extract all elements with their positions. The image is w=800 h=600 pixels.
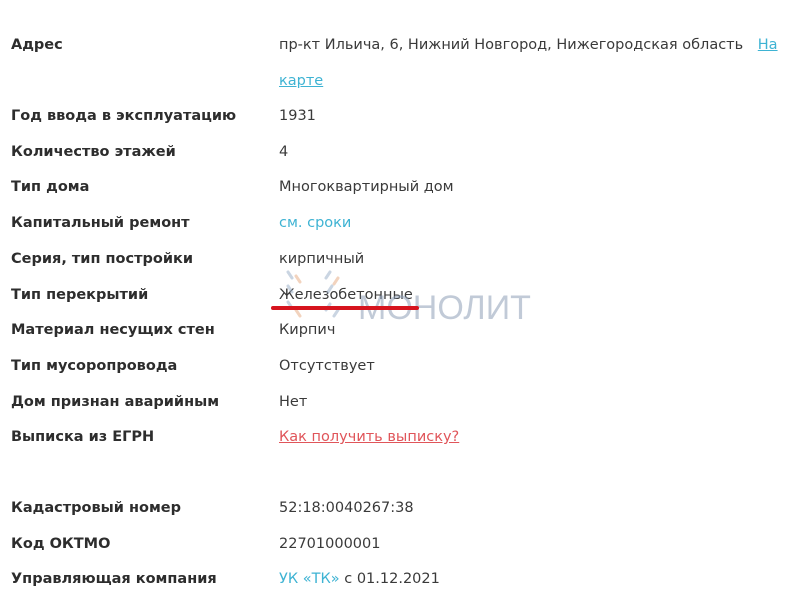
label-garbage: Тип мусоропровода <box>11 356 177 376</box>
label-cadastral: Кадастровый номер <box>11 498 181 518</box>
label-oktmo: Код ОКТМО <box>11 534 110 554</box>
value-house-type: Многоквартирный дом <box>279 177 454 197</box>
value-emergency: Нет <box>279 392 307 412</box>
label-address: Адрес <box>11 35 63 55</box>
row-egrn: Выписка из ЕГРН Как получить выписку? <box>0 427 800 463</box>
map-link-cont[interactable]: карте <box>279 71 323 91</box>
label-house-type: Тип дома <box>11 177 89 197</box>
value-walls: Кирпич <box>279 320 335 340</box>
row-garbage: Тип мусоропровода Отсутствует <box>0 356 800 392</box>
row-address: Адрес пр-кт Ильича, 6, Нижний Новгород, … <box>0 35 800 71</box>
value-address: пр-кт Ильича, 6, Нижний Новгород, Нижего… <box>279 35 778 55</box>
label-emergency: Дом признан аварийным <box>11 392 219 412</box>
value-cadastral: 52:18:0040267:38 <box>279 498 414 518</box>
row-series: Серия, тип постройки кирпичный <box>0 249 800 285</box>
row-house-type: Тип дома Многоквартирный дом <box>0 177 800 213</box>
row-management: Управляющая компания УК «ТК» с 01.12.202… <box>0 569 800 600</box>
value-year: 1931 <box>279 106 316 126</box>
row-emergency: Дом признан аварийным Нет <box>0 392 800 428</box>
label-repair: Капитальный ремонт <box>11 213 190 233</box>
label-walls: Материал несущих стен <box>11 320 215 340</box>
label-floor-type: Тип перекрытий <box>11 285 148 305</box>
label-egrn: Выписка из ЕГРН <box>11 427 154 447</box>
value-garbage: Отсутствует <box>279 356 375 376</box>
row-address-cont: карте <box>0 71 800 107</box>
egrn-link[interactable]: Как получить выписку? <box>279 427 459 447</box>
label-year: Год ввода в эксплуатацию <box>11 106 236 126</box>
row-floors: Количество этажей 4 <box>0 142 800 178</box>
label-series: Серия, тип постройки <box>11 249 193 269</box>
value-management: УК «ТК» с 01.12.2021 <box>279 569 440 589</box>
address-text: пр-кт Ильича, 6, Нижний Новгород, Нижего… <box>279 37 743 53</box>
row-repair: Капитальный ремонт см. сроки <box>0 213 800 249</box>
value-oktmo: 22701000001 <box>279 534 380 554</box>
row-year: Год ввода в эксплуатацию 1931 <box>0 106 800 142</box>
row-cadastral: Кадастровый номер 52:18:0040267:38 <box>0 498 800 534</box>
repair-terms-link[interactable]: см. сроки <box>279 213 351 233</box>
management-since: с 01.12.2021 <box>340 571 440 587</box>
watermark-logo-icon <box>282 266 346 322</box>
management-company-link[interactable]: УК «ТК» <box>279 571 340 587</box>
value-floors: 4 <box>279 142 288 162</box>
label-management: Управляющая компания <box>11 569 217 589</box>
red-underline-mark <box>271 306 419 310</box>
row-oktmo: Код ОКТМО 22701000001 <box>0 534 800 570</box>
map-link[interactable]: На <box>758 37 778 53</box>
label-floors: Количество этажей <box>11 142 176 162</box>
